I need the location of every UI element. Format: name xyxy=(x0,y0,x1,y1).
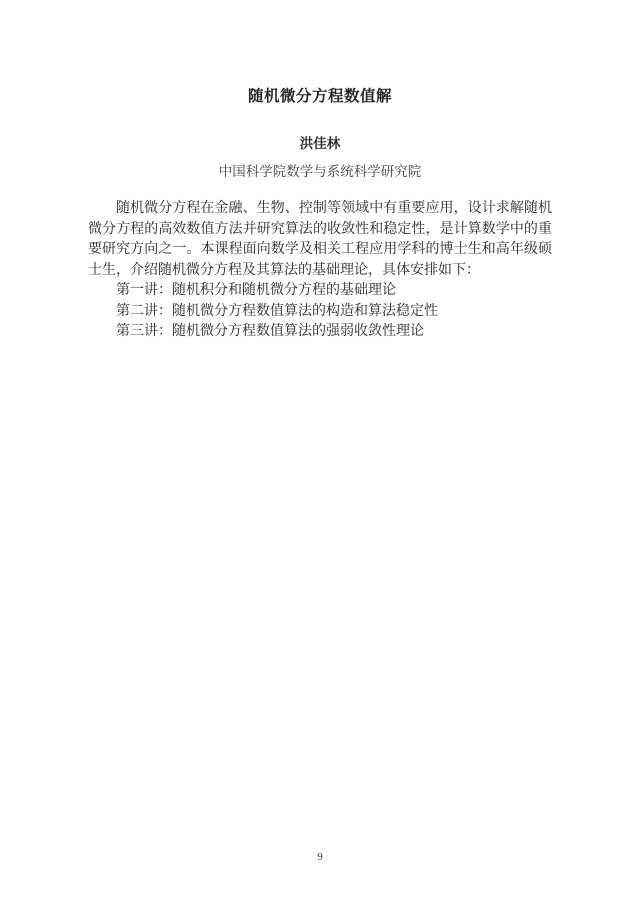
page-title: 随机微分方程数值解 xyxy=(88,84,552,106)
page-number: 9 xyxy=(0,851,640,863)
lecture-item: 第一讲：随机积分和随机微分方程的基础理论 xyxy=(88,281,552,302)
intro-paragraph: 随机微分方程在金融、生物、控制等领域中有重要应用，设计求解随机微分方程的高效数值… xyxy=(88,199,552,281)
lecture-list: 第一讲：随机积分和随机微分方程的基础理论 第二讲：随机微分方程数值算法的构造和算… xyxy=(88,281,552,343)
document-page: 随机微分方程数值解 洪佳林 中国科学院数学与系统科学研究院 随机微分方程在金融、… xyxy=(0,0,640,905)
author-name: 洪佳林 xyxy=(88,132,552,152)
lecture-item: 第三讲：随机微分方程数值算法的强弱收敛性理论 xyxy=(88,322,552,343)
author-affiliation: 中国科学院数学与系统科学研究院 xyxy=(88,160,552,180)
document-body: 随机微分方程在金融、生物、控制等领域中有重要应用，设计求解随机微分方程的高效数值… xyxy=(88,199,552,343)
lecture-item: 第二讲：随机微分方程数值算法的构造和算法稳定性 xyxy=(88,302,552,323)
